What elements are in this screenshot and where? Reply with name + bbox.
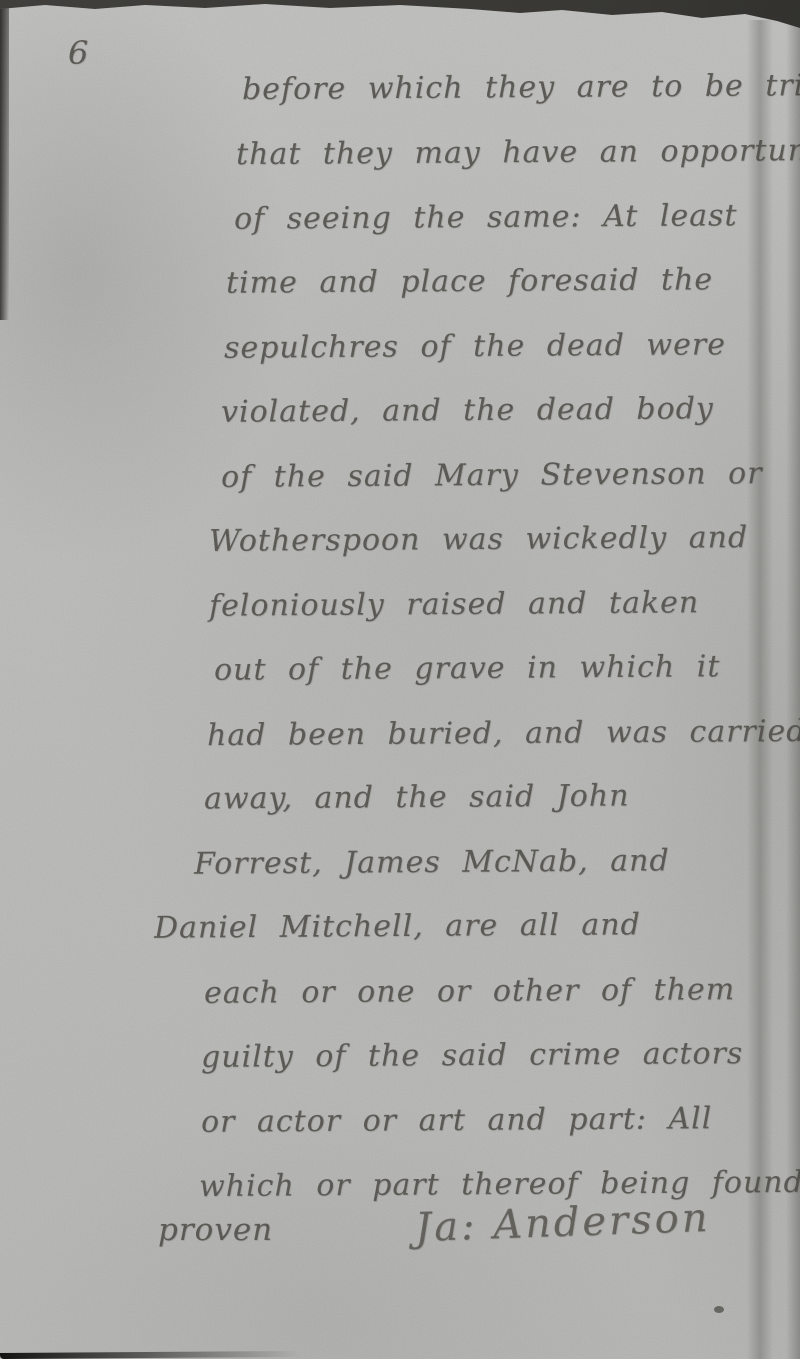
handwriting-line: Wotherspoon was wickedly and <box>209 520 748 559</box>
ink-speck <box>714 1306 724 1313</box>
manuscript-scan: 6 before which they are to be tried that… <box>0 0 800 1359</box>
handwriting-line: sepulchres of the dead were <box>224 327 726 366</box>
handwriting-line: out of the grave in which it <box>214 649 721 688</box>
handwriting-line: that they may have an opportunity <box>236 133 800 172</box>
right-fold-crease <box>747 20 773 1359</box>
handwriting-line: had been buried, and was carried <box>207 714 800 753</box>
manuscript-page: 6 before which they are to be tried that… <box>0 0 800 1359</box>
bottom-edge-shadow <box>0 1351 300 1359</box>
page-number: 6 <box>68 34 88 72</box>
left-binding-shadow <box>0 0 9 320</box>
handwriting-line: feloniously raised and taken <box>209 585 699 623</box>
handwriting-line: guilty of the said crime actors <box>201 1036 743 1075</box>
handwriting-line: Daniel Mitchell, are all and <box>154 907 641 945</box>
handwriting-line: of the said Mary Stevenson or <box>221 456 763 495</box>
closing-word: proven <box>158 1212 273 1248</box>
right-edge-shadow <box>786 24 800 1359</box>
handwriting-line: violated, and the dead body <box>221 391 714 429</box>
handwriting-line: away, and the said John <box>204 779 630 817</box>
handwriting-line: of seeing the same: At least <box>234 198 738 237</box>
signature: Ja: Anderson <box>414 1195 711 1251</box>
handwriting-line: each or one or other of them <box>204 972 735 1011</box>
handwriting-line: time and place foresaid the <box>226 262 713 300</box>
handwriting-line: or actor or art and part: All <box>201 1101 713 1140</box>
handwriting-line: before which they are to be tried <box>242 68 800 107</box>
handwriting-line: Forrest, James McNab, and <box>194 843 670 881</box>
